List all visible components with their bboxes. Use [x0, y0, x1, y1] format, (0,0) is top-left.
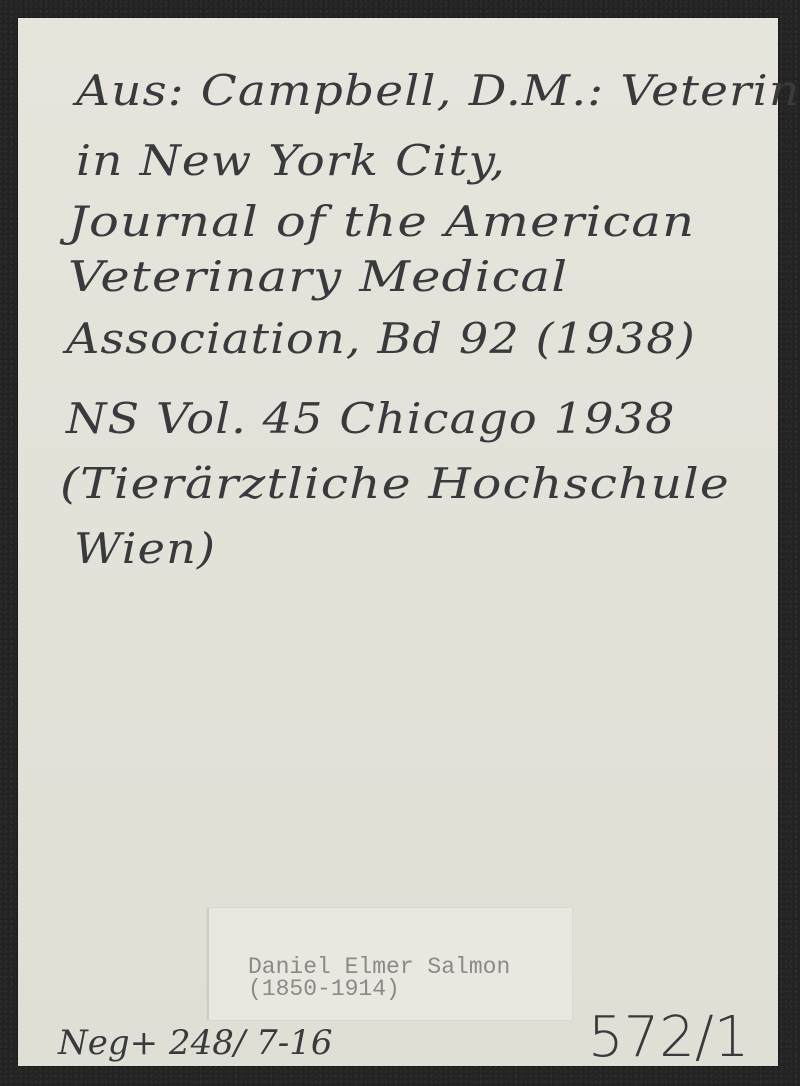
negative-number: Neg+ 248/ 7-16 [58, 1026, 332, 1060]
handwritten-line-institution: (Tierärztliche Hochschule [60, 463, 730, 505]
handwritten-line-journal-cont: Veterinary Medical [68, 256, 568, 298]
subject-life-dates: (1850-1914) [248, 978, 400, 1001]
handwritten-line-journal: Journal of the American [68, 201, 695, 243]
handwritten-line-series: NS Vol. 45 Chicago 1938 [66, 398, 676, 440]
inventory-number: 572/1 [588, 1010, 749, 1066]
handwritten-line-source: Aus: Campbell, D.M.: Veterinary [76, 70, 800, 112]
handwritten-line-volume: Association, Bd 92 (1938) [66, 318, 696, 360]
handwritten-line-institution-cont: Wien) [74, 528, 216, 570]
typed-name-label: Daniel Elmer Salmon (1850-1914) [207, 908, 572, 1020]
archive-card: Aus: Campbell, D.M.: Veterinary in New Y… [18, 18, 778, 1066]
handwritten-line-title-cont: in New York City, [76, 140, 506, 182]
